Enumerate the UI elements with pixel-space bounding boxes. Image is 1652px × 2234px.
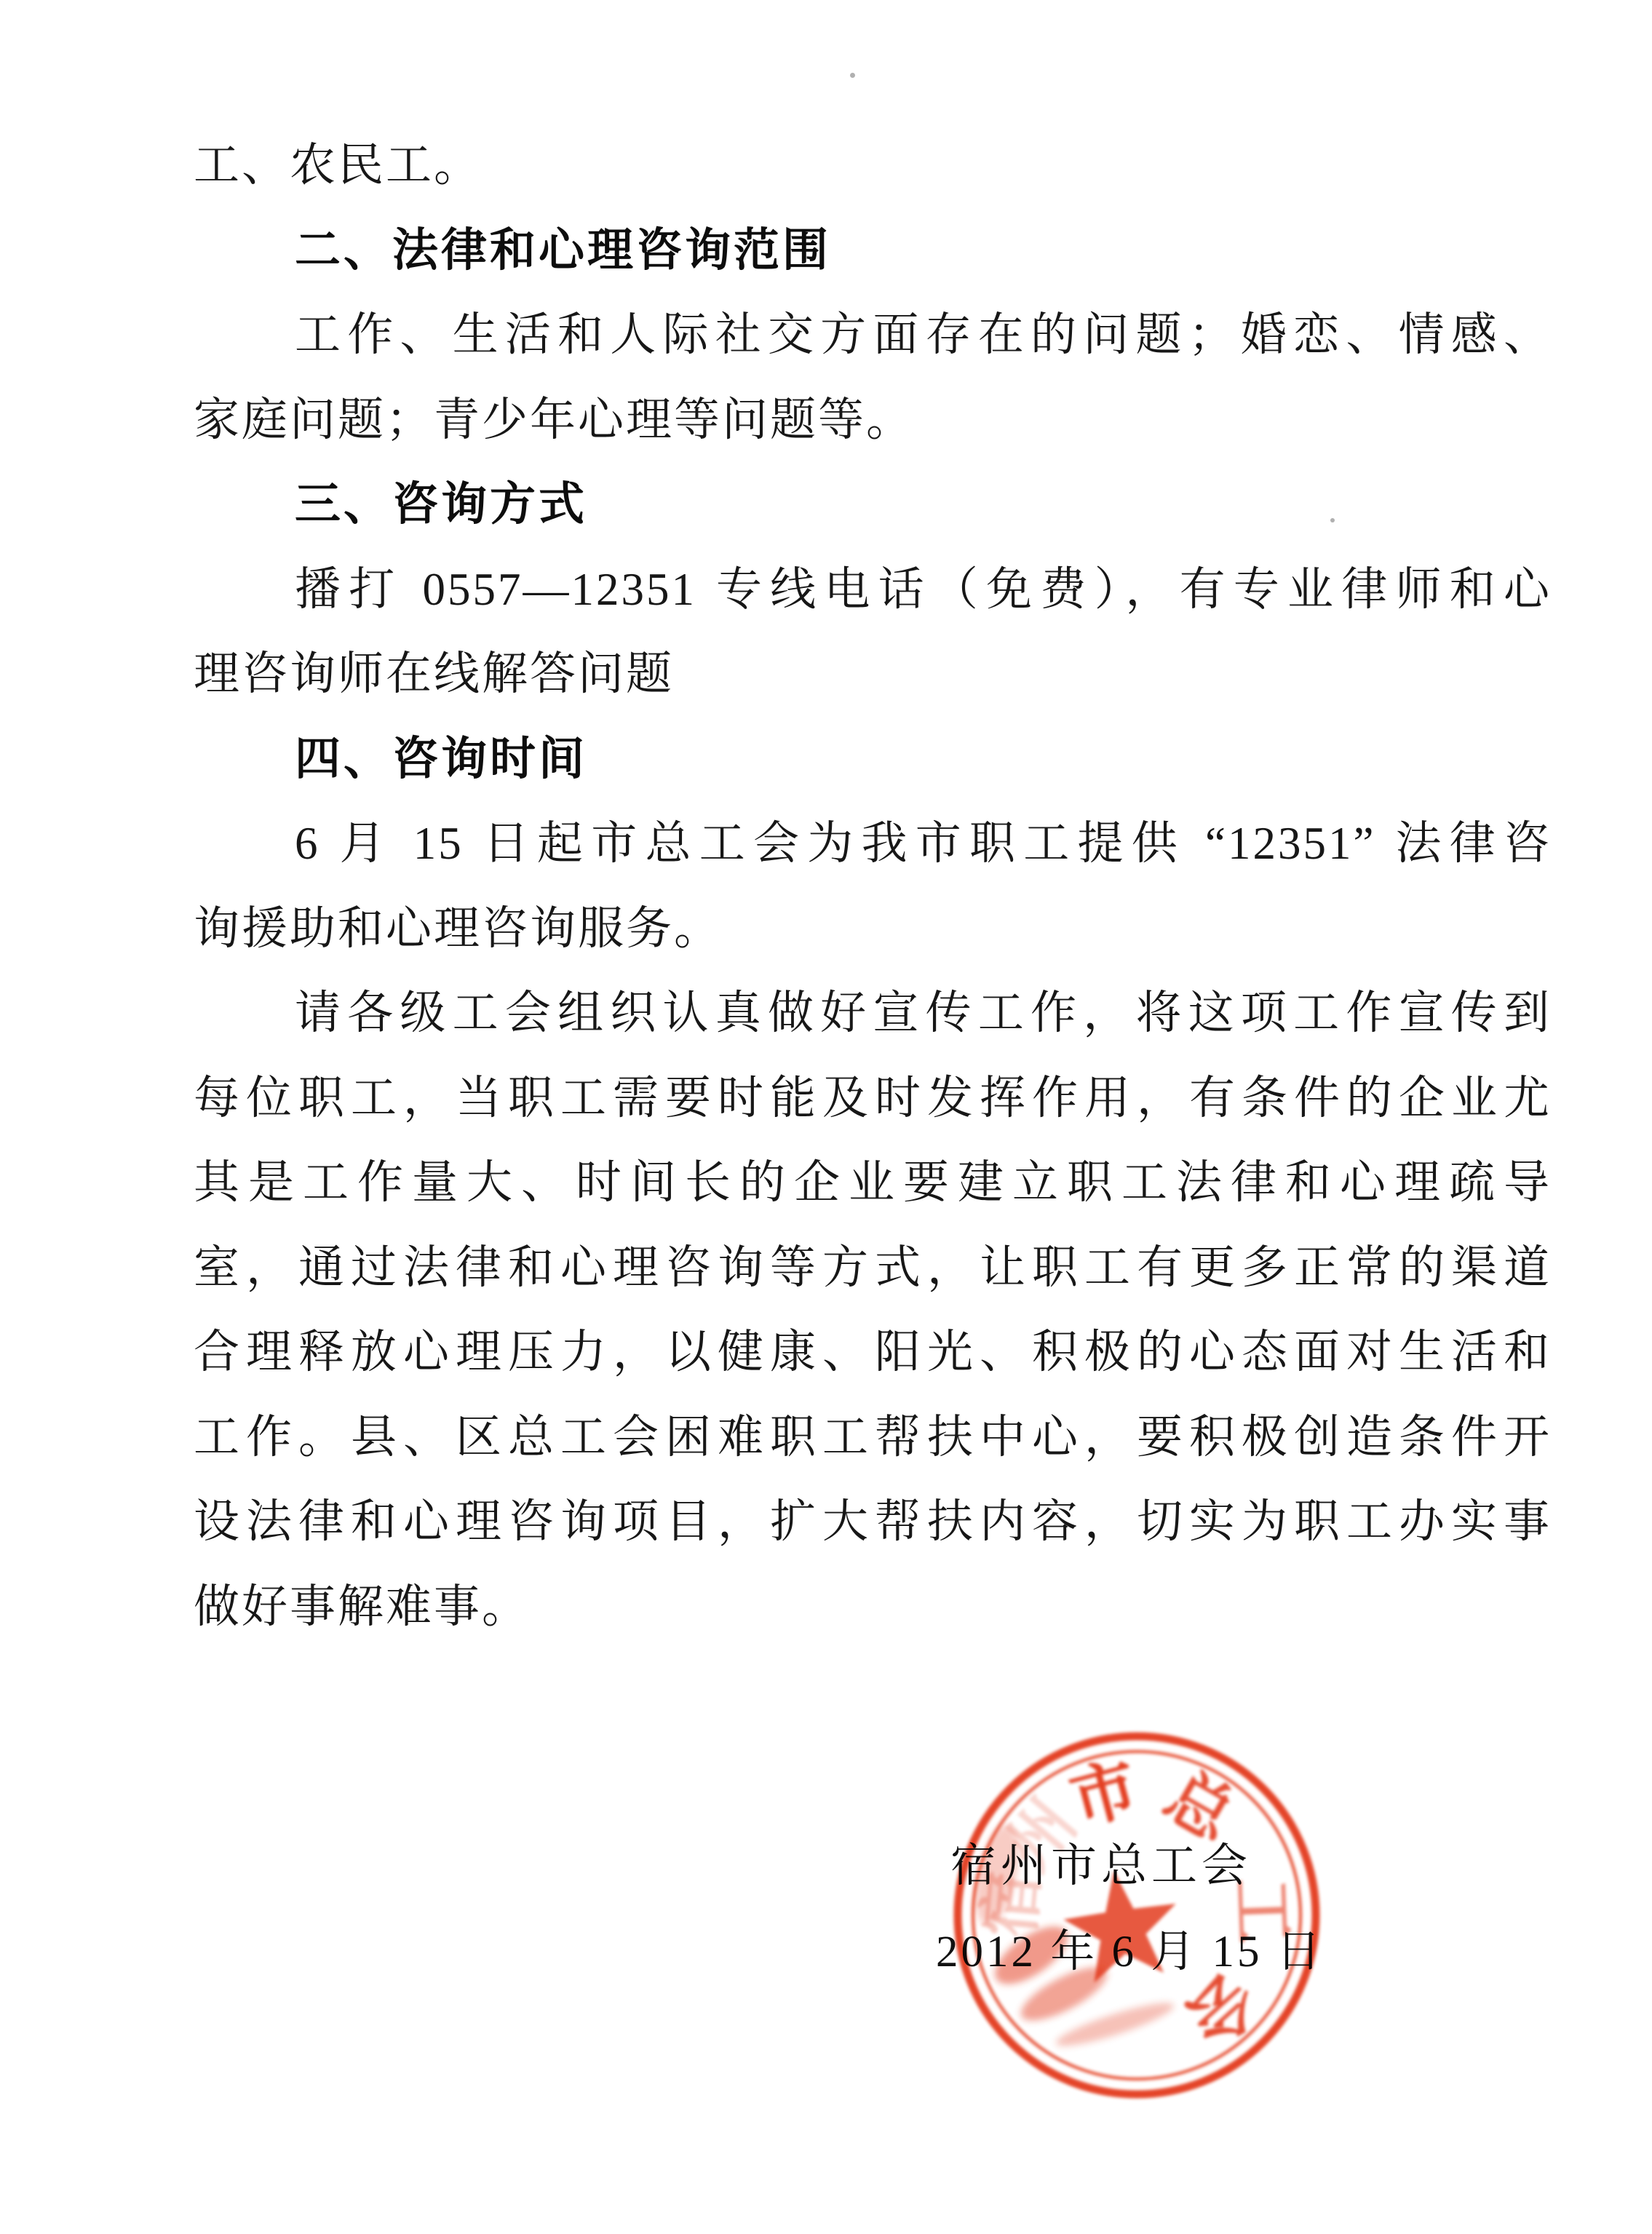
section-heading: 四、咨询时间 bbox=[295, 736, 587, 782]
body-line: 工作、生活和人际社交方面存在的问题；婚恋、情感、 bbox=[295, 312, 1552, 358]
seal-outer-ring bbox=[958, 1736, 1316, 2094]
body-line: 询援助和心理咨询服务。 bbox=[194, 906, 722, 952]
body-line: 播打 0557—12351 专线电话（免费），有专业律师和心 bbox=[295, 567, 1552, 613]
seal-ring-character: 市 bbox=[1063, 1751, 1145, 1838]
body-line: 设法律和心理咨询项目，扩大帮扶内容，切实为职工办实事 bbox=[194, 1499, 1552, 1545]
body-line: 做好事解难事。 bbox=[194, 1584, 530, 1630]
body-line: 每位职工，当职工需要时能及时发挥作用，有条件的企业尤 bbox=[194, 1076, 1552, 1121]
seal-ink-smudge bbox=[1053, 1995, 1177, 2053]
body-line: 工作。县、区总工会困难职工帮扶中心，要积极创造条件开 bbox=[194, 1415, 1552, 1460]
body-line: 家庭问题；青少年心理等问题等。 bbox=[194, 397, 914, 443]
body-line: 工、农民工。 bbox=[194, 143, 482, 188]
body-line: 请各级工会组织认真做好宣传工作，将这项工作宣传到 bbox=[295, 990, 1552, 1036]
scan-speck bbox=[850, 73, 855, 78]
body-line: 其是工作量大、时间长的企业要建立职工法律和心理疏导 bbox=[194, 1160, 1552, 1206]
signature-date: 2012 年 6 月 15 日 bbox=[936, 1930, 1324, 1974]
section-heading: 二、法律和心理咨询范围 bbox=[295, 228, 831, 274]
body-line: 室，通过法律和心理咨询等方式，让职工有更多正常的渠道 bbox=[194, 1245, 1552, 1291]
signature-organization: 宿州市总工会 bbox=[950, 1843, 1252, 1889]
body-line: 合理释放心理压力，以健康、阳光、积极的心态面对生活和 bbox=[194, 1329, 1552, 1375]
scan-speck bbox=[1330, 518, 1335, 522]
seal-inner-ring bbox=[973, 1752, 1300, 2079]
official-seal-stamp: 宿州市总工会 bbox=[939, 1717, 1335, 2113]
scanned-document-page: 工、农民工。二、法律和心理咨询范围工作、生活和人际社交方面存在的问题；婚恋、情感… bbox=[0, 0, 1652, 2234]
section-heading: 三、咨询方式 bbox=[295, 482, 587, 528]
body-line: 6 月 15 日起市总工会为我市职工提供 “12351” 法律咨 bbox=[295, 821, 1552, 867]
body-line: 理咨询师在线解答问题 bbox=[194, 651, 674, 697]
